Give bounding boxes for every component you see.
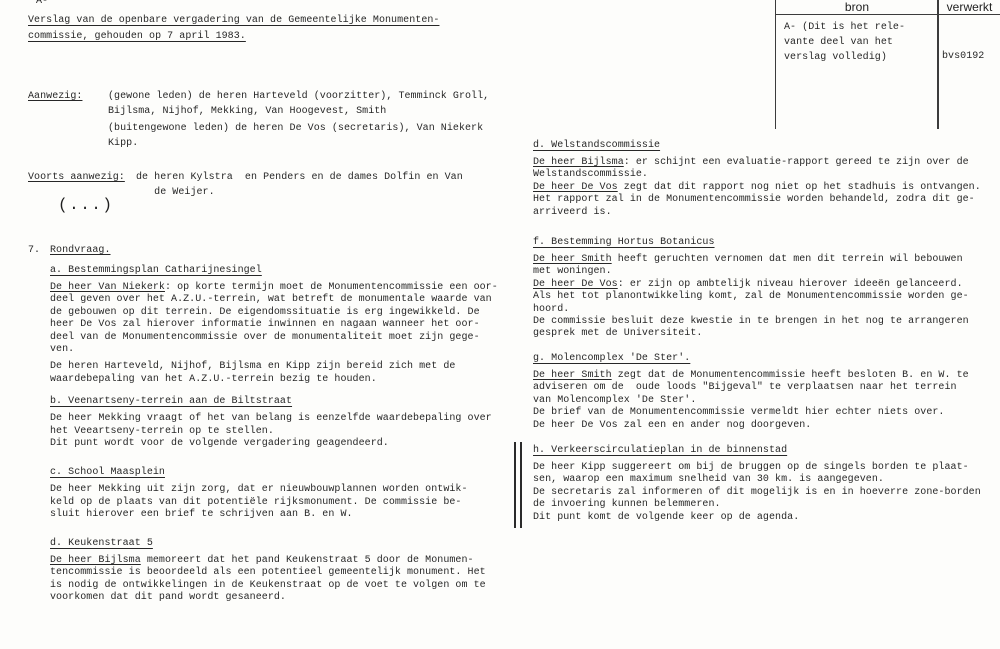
text-line: met woningen.: [533, 266, 995, 278]
speaker-name: De heer Van Niekerk: [50, 282, 165, 293]
text-run: hoord.: [533, 304, 569, 315]
attendance-regular-members: (gewone leden) de heren Harteveld (voorz…: [108, 90, 489, 119]
text-line: deel geven over het A.Z.U.-terrein, wat …: [50, 294, 510, 306]
text-line: De heer Mekking uit zijn zorg, dat er ni…: [50, 484, 510, 496]
speaker-name: De heer De Vos: [533, 279, 618, 290]
text-line: De heer De Vos: er zijn op ambtelijk niv…: [533, 279, 995, 291]
text-line: keld op de plaats van dit potentiële rij…: [50, 497, 510, 509]
attendance-label: Aanwezig:: [28, 90, 108, 119]
text-line: Dit punt komt de volgende keer op de age…: [533, 512, 995, 524]
section-heading: c. School Maasplein: [50, 466, 510, 479]
text-run: De heer Kipp suggereert om bij de brugge…: [533, 462, 969, 473]
left-column: a. Bestemmingsplan CatharijnesingelDe he…: [50, 264, 510, 604]
text-run: De heer Mekking uit zijn zorg, dat er ni…: [50, 484, 468, 495]
stamp-box-header-row: bron verwerkt: [776, 0, 1000, 15]
text-run: adviseren om de oude loods "Bijgeval" te…: [533, 382, 957, 393]
text-line: De heer De Vos zegt dat dit rapport nog …: [533, 182, 995, 194]
agenda-item-number: 7.: [28, 245, 50, 257]
attendance-block: Aanwezig: (gewone leden) de heren Hartev…: [28, 90, 489, 119]
text-run: tencommissie is beoordeeld als een poten…: [50, 567, 486, 578]
section-d: d. Keukenstraat 5De heer Bijlsma memoree…: [50, 537, 510, 605]
text-line: De brief van de Monumentencommissie verm…: [533, 407, 995, 419]
paragraph: De heer Smith zegt dat de Monumentencomm…: [533, 370, 995, 432]
text-run: met woningen.: [533, 266, 612, 277]
agenda-item-title: Rondvraag.: [50, 245, 111, 257]
text-run: De secretaris zal informeren of dit moge…: [533, 487, 981, 498]
text-run: : er schijnt een evaluatie-rapport geree…: [624, 157, 969, 168]
text-line: waardebepaling van het A.Z.U.-terrein be…: [50, 374, 510, 386]
text-run: het Veeartseny-terrein op te stellen.: [50, 426, 274, 437]
paragraph: De heer Bijlsma memoreert dat het pand K…: [50, 555, 510, 605]
stamp-verwerkt-code: bvs0192: [942, 51, 984, 63]
text-run: zegt dat dit rapport nog niet op het sta…: [618, 182, 981, 193]
text-run: Dit punt wordt voor de volgende vergader…: [50, 438, 389, 449]
section-a: a. Bestemmingsplan CatharijnesingelDe he…: [50, 264, 510, 386]
text-run: sluit hierover een brief te schrijven aa…: [50, 509, 353, 520]
section-heading: g. Molencomplex 'De Ster'.: [533, 352, 995, 365]
title-line-1: Verslag van de openbare vergadering van …: [28, 13, 439, 29]
text-line: gesprek met de Universiteit.: [533, 328, 995, 340]
text-line: (gewone leden) de heren Harteveld (voorz…: [108, 90, 489, 105]
text-line: De heren Harteveld, Nijhof, Bijlsma en K…: [50, 361, 510, 373]
stamp-bron-note: A- (Dit is het rele- vante deel van het …: [784, 20, 905, 65]
text-run: deel van de Monumentencommissie over de …: [50, 332, 480, 343]
text-run: keld op de plaats van dit potentiële rij…: [50, 497, 461, 508]
text-line: arriveerd is.: [533, 207, 995, 219]
section-heading: b. Veenartseny-terrein aan de Biltstraat: [50, 395, 510, 408]
stamp-header-verwerkt: verwerkt: [938, 0, 1000, 14]
text-run: arriveerd is.: [533, 207, 612, 218]
text-run: heer De Vos zal hierover informatie inwi…: [50, 319, 480, 330]
section-b: b. Veenartseny-terrein aan de Biltstraat…: [50, 395, 510, 450]
text-run: : er zijn op ambtelijk niveau hierover i…: [618, 279, 963, 290]
text-line: A- (Dit is het rele-: [784, 20, 905, 35]
text-line: De heer Smith heeft geruchten vernomen d…: [533, 254, 995, 266]
text-line: adviseren om de oude loods "Bijgeval" te…: [533, 382, 995, 394]
text-run: Welstandscommissie.: [533, 169, 648, 180]
scanned-document-page: A- Verslag van de openbare vergadering v…: [0, 0, 1000, 649]
text-line: Als het tot planontwikkeling komt, zal d…: [533, 291, 995, 303]
paragraph: De heer Mekking uit zijn zorg, dat er ni…: [50, 484, 510, 521]
text-line: De heer De Vos zal een en ander nog door…: [533, 420, 995, 432]
paragraph: De heer Kipp suggereert om bij de brugge…: [533, 462, 995, 524]
text-line: De commissie besluit deze kwestie in te …: [533, 316, 995, 328]
text-run: De commissie besluit deze kwestie in te …: [533, 316, 969, 327]
text-run: Het rapport zal in de Monumentencommissi…: [533, 194, 975, 205]
text-line: Welstandscommissie.: [533, 169, 995, 181]
section-h: h. Verkeerscirculatieplan in de binnenst…: [533, 444, 995, 524]
text-line: de gebouwen op dit terrein. De eigendoms…: [50, 307, 510, 319]
text-run: gesprek met de Universiteit.: [533, 328, 702, 339]
text-run: De heer Mekking vraagt of het van belang…: [50, 413, 492, 424]
paragraph: De heer Bijlsma: er schijnt een evaluati…: [533, 157, 995, 219]
text-line: tencommissie is beoordeeld als een poten…: [50, 567, 510, 579]
paragraph: De heren Harteveld, Nijhof, Bijlsma en K…: [50, 361, 510, 386]
margin-revision-mark: [514, 442, 522, 528]
section-heading: a. Bestemmingsplan Catharijnesingel: [50, 264, 510, 277]
text-line: van Molencomplex 'De Ster'.: [533, 395, 995, 407]
text-run: deel geven over het A.Z.U.-terrein, wat …: [50, 294, 492, 305]
section-heading: f. Bestemming Hortus Botanicus: [533, 236, 995, 249]
text-line: Het rapport zal in de Monumentencommissi…: [533, 194, 995, 206]
text-line: (buitengewone leden) de heren De Vos (se…: [108, 122, 483, 137]
text-run: voorkomen dat dit pand wordt gesaneerd.: [50, 592, 286, 603]
text-line: de heren Kylstra en Penders en de dames …: [136, 171, 463, 186]
stamp-header-bron: bron: [776, 0, 938, 14]
text-line: vante deel van het: [784, 35, 905, 50]
text-run: de invoering kunnen belemmeren.: [533, 499, 721, 510]
text-line: heer De Vos zal hierover informatie inwi…: [50, 319, 510, 331]
agenda-item-7: 7. Rondvraag.: [28, 245, 111, 257]
section-heading: d. Welstandscommissie: [533, 139, 995, 152]
section-d: d. WelstandscommissieDe heer Bijlsma: er…: [533, 139, 995, 219]
text-run: van Molencomplex 'De Ster'.: [533, 395, 696, 406]
also-present-names: de heren Kylstra en Penders en de dames …: [136, 171, 463, 200]
speaker-name: De heer Bijlsma: [50, 555, 141, 566]
text-line: verslag volledig): [784, 50, 905, 65]
text-run: De brief van de Monumentencommissie verm…: [533, 407, 944, 418]
text-run: is nodig de ontwikkelingen in de Keukens…: [50, 580, 486, 591]
section-g: g. Molencomplex 'De Ster'.De heer Smith …: [533, 352, 995, 432]
text-run: Als het tot planontwikkeling komt, zal d…: [533, 291, 969, 302]
text-line: is nodig de ontwikkelingen in de Keukens…: [50, 580, 510, 592]
paragraph: De heer Smith heeft geruchten vernomen d…: [533, 254, 995, 341]
document-title: Verslag van de openbare vergadering van …: [28, 13, 439, 44]
text-run: sen, waarop een maximum snelheid van 30 …: [533, 474, 884, 485]
text-line: De heer Bijlsma memoreert dat het pand K…: [50, 555, 510, 567]
paragraph: De heer Mekking vraagt of het van belang…: [50, 413, 510, 450]
text-run: De heer De Vos zal een en ander nog door…: [533, 420, 811, 431]
attendance-special-members: (buitengewone leden) de heren De Vos (se…: [108, 122, 483, 151]
text-line: deel van de Monumentencommissie over de …: [50, 332, 510, 344]
paragraph: De heer Van Niekerk: op korte termijn mo…: [50, 282, 510, 356]
text-run: waardebepaling van het A.Z.U.-terrein be…: [50, 374, 377, 385]
document-marker: A-: [36, 0, 48, 8]
text-line: voorkomen dat dit pand wordt gesaneerd.: [50, 592, 510, 604]
text-line: De heer Smith zegt dat de Monumentencomm…: [533, 370, 995, 382]
text-line: Kipp.: [108, 137, 483, 152]
text-line: sluit hierover een brief te schrijven aa…: [50, 509, 510, 521]
text-line: het Veeartseny-terrein op te stellen.: [50, 426, 510, 438]
text-line: Dit punt wordt voor de volgende vergader…: [50, 438, 510, 450]
omission-mark: (...): [58, 199, 114, 211]
text-line: sen, waarop een maximum snelheid van 30 …: [533, 474, 995, 486]
text-run: ven.: [50, 344, 74, 355]
text-line: de Weijer.: [136, 186, 463, 201]
section-heading: d. Keukenstraat 5: [50, 537, 510, 550]
text-line: de invoering kunnen belemmeren.: [533, 499, 995, 511]
text-run: de gebouwen op dit terrein. De eigendoms…: [50, 307, 480, 318]
section-f: f. Bestemming Hortus BotanicusDe heer Sm…: [533, 236, 995, 341]
right-column: d. WelstandscommissieDe heer Bijlsma: er…: [533, 139, 995, 524]
section-heading: h. Verkeerscirculatieplan in de binnenst…: [533, 444, 995, 457]
text-line: De heer Kipp suggereert om bij de brugge…: [533, 462, 995, 474]
speaker-name: De heer Bijlsma: [533, 157, 624, 168]
text-run: zegt dat de Monumentencommissie heeft be…: [612, 370, 969, 381]
text-line: ven.: [50, 344, 510, 356]
text-line: De heer Mekking vraagt of het van belang…: [50, 413, 510, 425]
speaker-name: De heer De Vos: [533, 182, 618, 193]
text-run: memoreert dat het pand Keukenstraat 5 do…: [141, 555, 474, 566]
text-run: Dit punt komt de volgende keer op de age…: [533, 512, 799, 523]
text-line: De heer Bijlsma: er schijnt een evaluati…: [533, 157, 995, 169]
text-run: heeft geruchten vernomen dat men dit ter…: [612, 254, 963, 265]
section-c: c. School MaaspleinDe heer Mekking uit z…: [50, 466, 510, 521]
text-run: : op korte termijn moet de Monumentencom…: [165, 282, 498, 293]
speaker-name: De heer Smith: [533, 254, 612, 265]
text-line: Bijlsma, Nijhof, Mekking, Van Hoogevest,…: [108, 105, 489, 120]
text-run: De heren Harteveld, Nijhof, Bijlsma en K…: [50, 361, 455, 372]
stamp-box-divider: [937, 0, 939, 129]
stamp-box: bron verwerkt A- (Dit is het rele- vante…: [775, 0, 1000, 129]
text-line: De secretaris zal informeren of dit moge…: [533, 487, 995, 499]
speaker-name: De heer Smith: [533, 370, 612, 381]
title-line-2: commissie, gehouden op 7 april 1983.: [28, 29, 439, 45]
text-line: De heer Van Niekerk: op korte termijn mo…: [50, 282, 510, 294]
text-line: hoord.: [533, 304, 995, 316]
